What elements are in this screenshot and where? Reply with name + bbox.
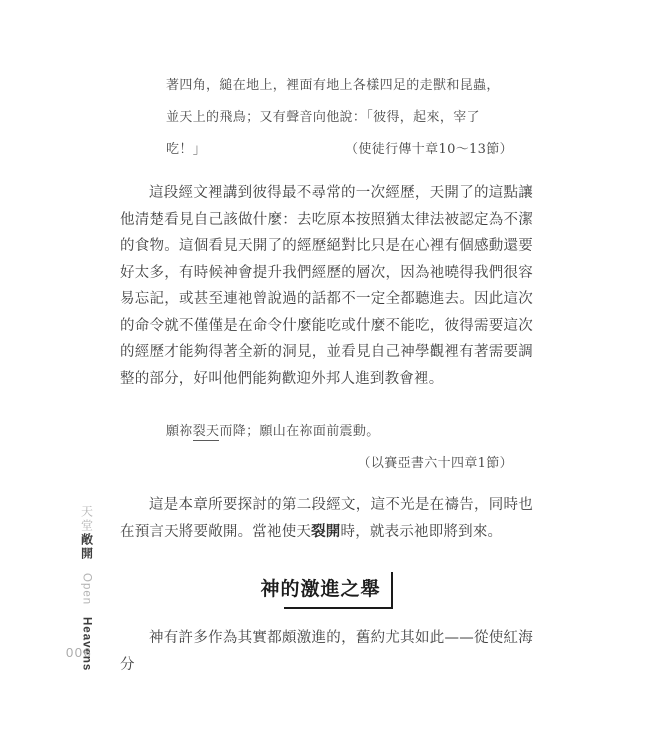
quote-text: 願祢 bbox=[166, 424, 193, 439]
paragraph-bold-text: 裂開 bbox=[311, 523, 340, 540]
book-page: 著四角，縋在地上，裡面有地上各樣四足的走獸和昆蟲， 並天上的飛鳥；又有聲音向他說… bbox=[0, 0, 650, 750]
section-heading: 神的激進之舉 bbox=[260, 572, 392, 609]
quote-line: 願祢裂天而降；願山在祢面前震動。 bbox=[166, 416, 513, 448]
quote-line-end: 吃！」 bbox=[166, 134, 206, 166]
quote-line: 著四角，縋在地上，裡面有地上各樣四足的走獸和昆蟲， bbox=[166, 70, 513, 102]
quote-text: 而降；願山在祢面前震動。 bbox=[219, 424, 379, 439]
body-paragraph-1: 這段經文裡講到彼得最不尋常的一次經歷，天開了的這點讓他清楚看見自己該做什麼：去吃… bbox=[120, 180, 533, 392]
scripture-reference-acts: （使徒行傳十章10～13節） bbox=[345, 134, 513, 166]
section-heading-row: 神的激進之舉 bbox=[120, 572, 533, 609]
paragraph-text: 時，就表示祂即將到來。 bbox=[341, 524, 503, 540]
quote-underlined-text: 裂天 bbox=[193, 424, 220, 441]
quote-line: 並天上的飛鳥；又有聲音向他說：「彼得，起來，宰了 bbox=[166, 102, 513, 134]
text-column: 著四角，縋在地上，裡面有地上各樣四足的走獸和昆蟲， 並天上的飛鳥；又有聲音向他說… bbox=[120, 0, 533, 678]
book-title-en-light: Open bbox=[81, 573, 93, 605]
book-title-zh-dark: 敞開 bbox=[80, 533, 94, 561]
body-paragraph-2: 這是本章所要探討的第二段經文，這不光是在禱告，同時也在預言天將要敞開。當祂使天裂… bbox=[120, 492, 533, 545]
quote-last-line: 吃！」 （使徒行傳十章10～13節） bbox=[166, 134, 513, 166]
scripture-quote-isaiah: 願祢裂天而降；願山在祢面前震動。 （以賽亞書六十四章1節） bbox=[166, 416, 513, 480]
quote-reference-line: （以賽亞書六十四章1節） bbox=[166, 448, 513, 480]
scripture-quote-acts: 著四角，縋在地上，裡面有地上各樣四足的走獸和昆蟲， 並天上的飛鳥；又有聲音向他說… bbox=[166, 70, 513, 166]
page-number: 006 bbox=[66, 645, 92, 660]
book-title-zh-light: 天堂 bbox=[80, 505, 94, 533]
scripture-reference-isaiah: （以賽亞書六十四章1節） bbox=[358, 456, 513, 471]
body-paragraph-3: 神有許多作為其實都頗激進的，舊約尤其如此——從使紅海分 bbox=[120, 625, 533, 678]
